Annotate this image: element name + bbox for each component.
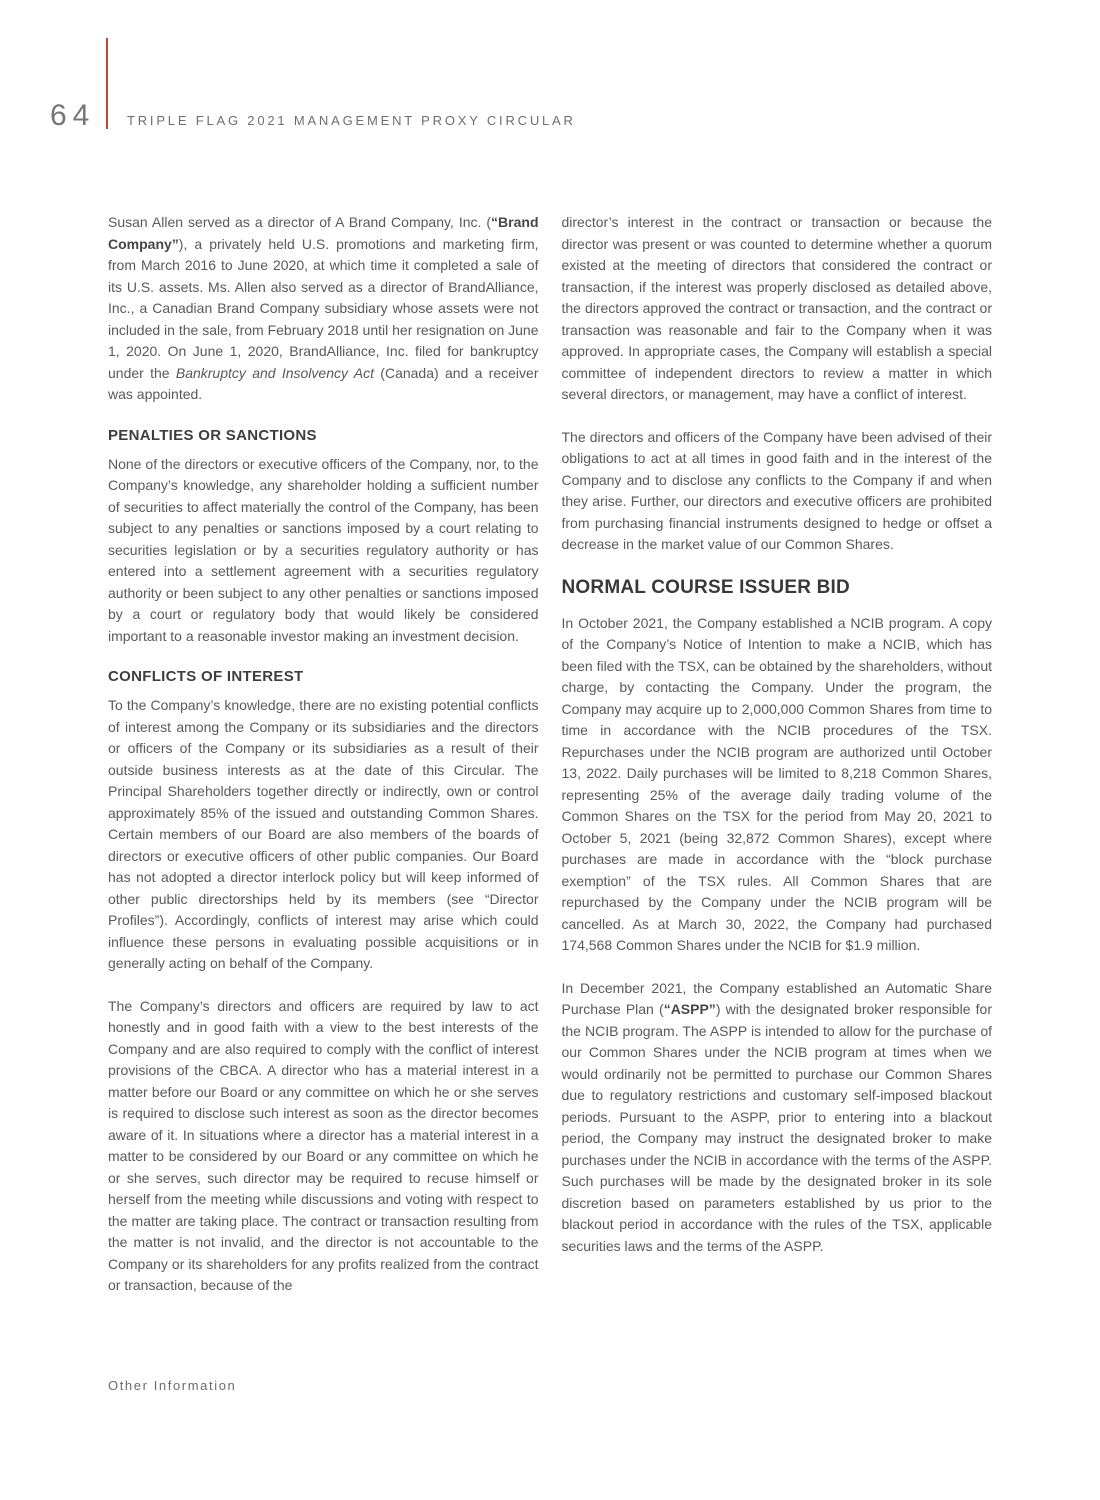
paragraph-susan-allen: Susan Allen served as a director of A Br… [108, 212, 539, 406]
italic-act-title: Bankruptcy and Insolvency Act [176, 365, 374, 381]
proxy-circular-page: 64 TRIPLE FLAG 2021 MANAGEMENT PROXY CIR… [0, 0, 1100, 1500]
heading-conflicts-of-interest: CONFLICTS OF INTEREST [108, 668, 539, 686]
header-divider-rule [106, 38, 108, 129]
text-run: ) with the designated broker responsible… [562, 1001, 993, 1254]
paragraph-conflicts-continuation: director’s interest in the contract or t… [562, 212, 993, 406]
text-run: ), a privately held U.S. promotions and … [108, 236, 539, 381]
page-number: 64 [50, 101, 95, 131]
document-title: TRIPLE FLAG 2021 MANAGEMENT PROXY CIRCUL… [127, 114, 576, 127]
paragraph-obligations: The directors and officers of the Compan… [562, 427, 993, 556]
bold-term-aspp: “ASPP” [664, 1001, 716, 1017]
paragraph-aspp: In December 2021, the Company establishe… [562, 978, 993, 1258]
paragraph-conflicts-1: To the Company’s knowledge, there are no… [108, 695, 539, 975]
paragraph-penalties: None of the directors or executive offic… [108, 454, 539, 648]
text-run: Susan Allen served as a director of A Br… [108, 214, 491, 230]
paragraph-conflicts-2: The Company’s directors and officers are… [108, 996, 539, 1297]
paragraph-ncib: In October 2021, the Company established… [562, 613, 993, 957]
two-column-layout: Susan Allen served as a director of A Br… [108, 212, 992, 1297]
right-column: director’s interest in the contract or t… [562, 212, 993, 1297]
footer-section-label: Other Information [108, 1379, 236, 1392]
heading-penalties-or-sanctions: PENALTIES OR SANCTIONS [108, 427, 539, 445]
heading-normal-course-issuer-bid: NORMAL COURSE ISSUER BID [562, 577, 993, 599]
left-column: Susan Allen served as a director of A Br… [108, 212, 539, 1297]
